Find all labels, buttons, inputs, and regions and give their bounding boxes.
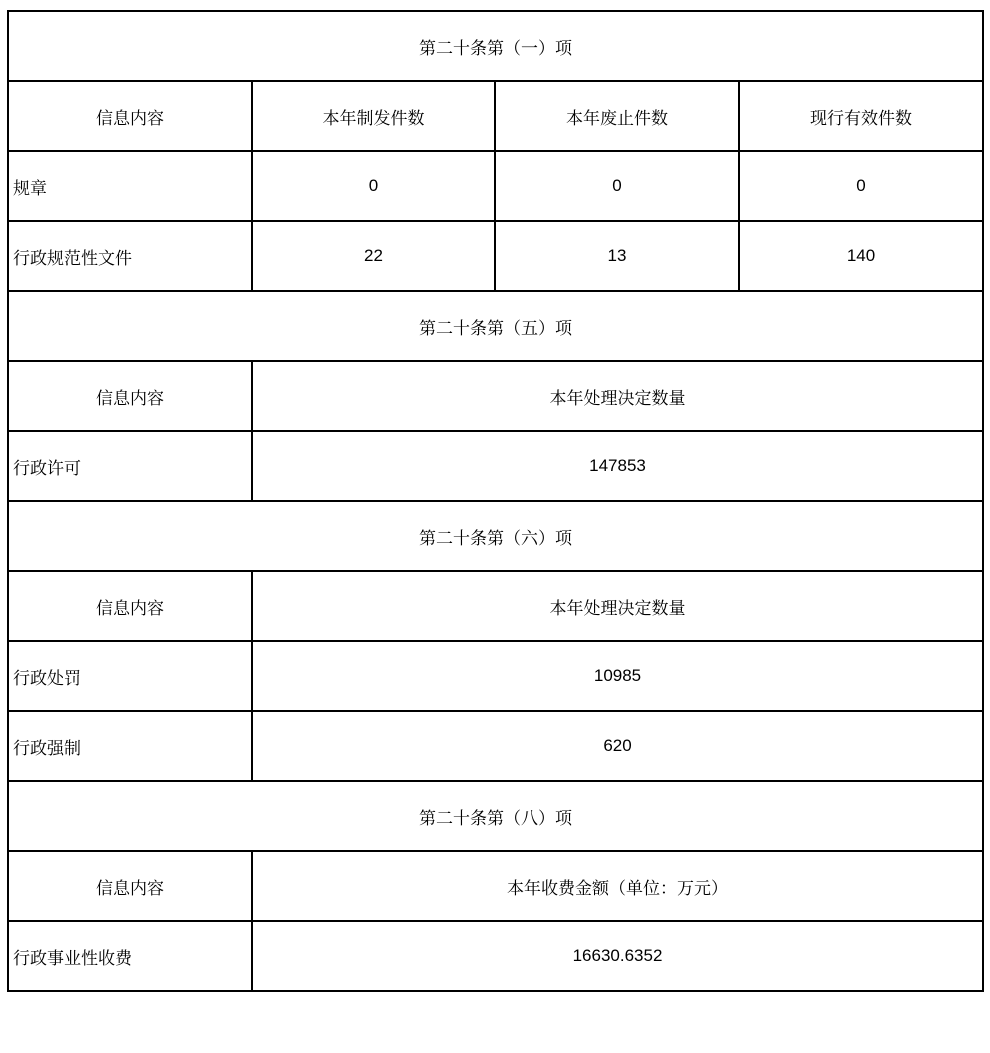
row-label: 行政规范性文件 <box>8 221 252 291</box>
table-row: 行政事业性收费 16630.6352 <box>8 921 983 991</box>
row-label: 规章 <box>8 151 252 221</box>
header-cell: 本年制发件数 <box>252 81 495 151</box>
header-cell: 本年处理决定数量 <box>252 571 983 641</box>
row-label: 行政处罚 <box>8 641 252 711</box>
table-row: 行政许可 147853 <box>8 431 983 501</box>
section-title: 第二十条第（五）项 <box>8 291 983 361</box>
section-title: 第二十条第（八）项 <box>8 781 983 851</box>
table-row: 行政处罚 10985 <box>8 641 983 711</box>
section-title-row: 第二十条第（六）项 <box>8 501 983 571</box>
header-cell: 本年收费金额（单位：万元） <box>252 851 983 921</box>
row-label: 行政事业性收费 <box>8 921 252 991</box>
value-cell: 0 <box>252 151 495 221</box>
header-cell: 信息内容 <box>8 851 252 921</box>
value-cell: 140 <box>739 221 983 291</box>
header-cell: 现行有效件数 <box>739 81 983 151</box>
section-title: 第二十条第（一）项 <box>8 11 983 81</box>
value-cell: 0 <box>495 151 739 221</box>
header-cell: 信息内容 <box>8 81 252 151</box>
value-cell: 0 <box>739 151 983 221</box>
header-row: 信息内容 本年收费金额（单位：万元） <box>8 851 983 921</box>
header-row: 信息内容 本年处理决定数量 <box>8 361 983 431</box>
table-row: 行政强制 620 <box>8 711 983 781</box>
value-cell: 22 <box>252 221 495 291</box>
header-cell: 本年处理决定数量 <box>252 361 983 431</box>
value-cell: 16630.6352 <box>252 921 983 991</box>
section-title: 第二十条第（六）项 <box>8 501 983 571</box>
table-row: 规章 0 0 0 <box>8 151 983 221</box>
section-title-row: 第二十条第（五）项 <box>8 291 983 361</box>
section-title-row: 第二十条第（一）项 <box>8 11 983 81</box>
table-row: 行政规范性文件 22 13 140 <box>8 221 983 291</box>
value-cell: 620 <box>252 711 983 781</box>
section-title-row: 第二十条第（八）项 <box>8 781 983 851</box>
header-row: 信息内容 本年处理决定数量 <box>8 571 983 641</box>
value-cell: 10985 <box>252 641 983 711</box>
row-label: 行政许可 <box>8 431 252 501</box>
header-cell: 信息内容 <box>8 361 252 431</box>
row-label: 行政强制 <box>8 711 252 781</box>
header-cell: 信息内容 <box>8 571 252 641</box>
value-cell: 13 <box>495 221 739 291</box>
header-row: 信息内容 本年制发件数 本年废止件数 现行有效件数 <box>8 81 983 151</box>
disclosure-table: 第二十条第（一）项 信息内容 本年制发件数 本年废止件数 现行有效件数 规章 0… <box>7 10 984 992</box>
value-cell: 147853 <box>252 431 983 501</box>
header-cell: 本年废止件数 <box>495 81 739 151</box>
